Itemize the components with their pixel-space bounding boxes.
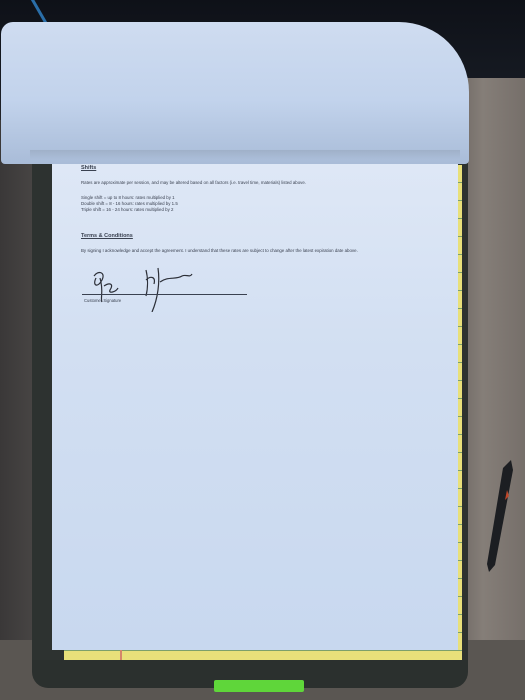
pen-icon: [485, 460, 513, 575]
terms-text: By signing I acknowledge and accept the …: [81, 248, 441, 254]
section-heading-terms: Terms & Conditions: [81, 233, 441, 239]
document-body: Shifts Rates are approximate per session…: [81, 165, 441, 254]
fold-shadow: [30, 150, 460, 160]
section-heading-shifts: Shifts: [81, 165, 441, 171]
signature-line: [82, 294, 247, 295]
clipboard-latch: [214, 680, 304, 692]
folded-over-page: [1, 22, 469, 164]
handwritten-signature: [88, 262, 198, 312]
signature-label: Customer Signature: [84, 298, 121, 303]
